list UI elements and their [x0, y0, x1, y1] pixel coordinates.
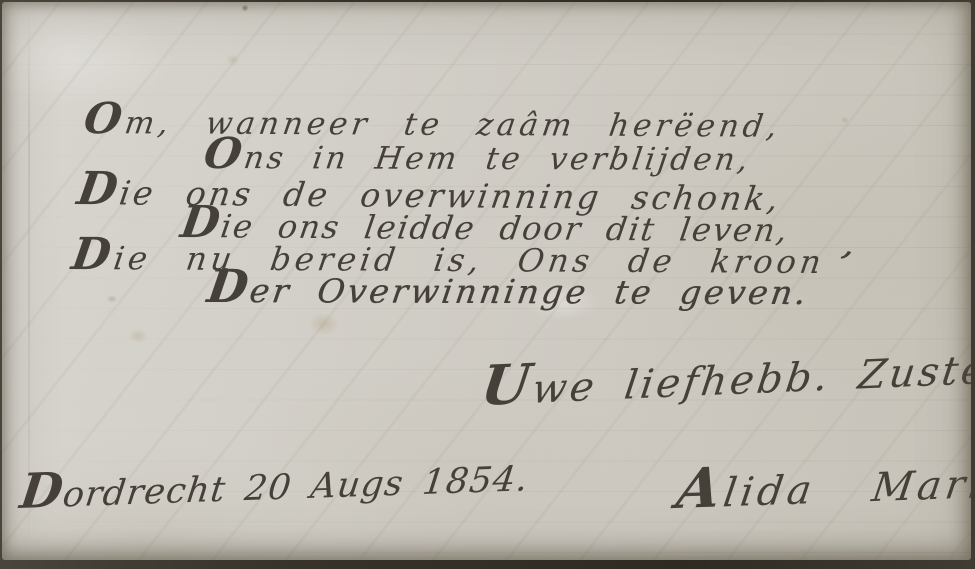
poem-line-6: Der Overwinninge te geven. [204, 259, 813, 315]
stray-comma-mark: , [838, 220, 863, 266]
signature-name: Alida Maria [673, 445, 971, 522]
closing-salutation: Uwe liefhebb. Zuster [477, 331, 971, 419]
date-line: Dordrecht 20 Augs 1854. [17, 446, 532, 520]
manuscript-paper: Om, wanneer te zaâm herëend, Ons in Hem … [2, 2, 971, 560]
photo-background: Om, wanneer te zaâm herëend, Ons in Hem … [0, 0, 975, 569]
handwriting-layer: Om, wanneer te zaâm herëend, Ons in Hem … [2, 2, 971, 560]
